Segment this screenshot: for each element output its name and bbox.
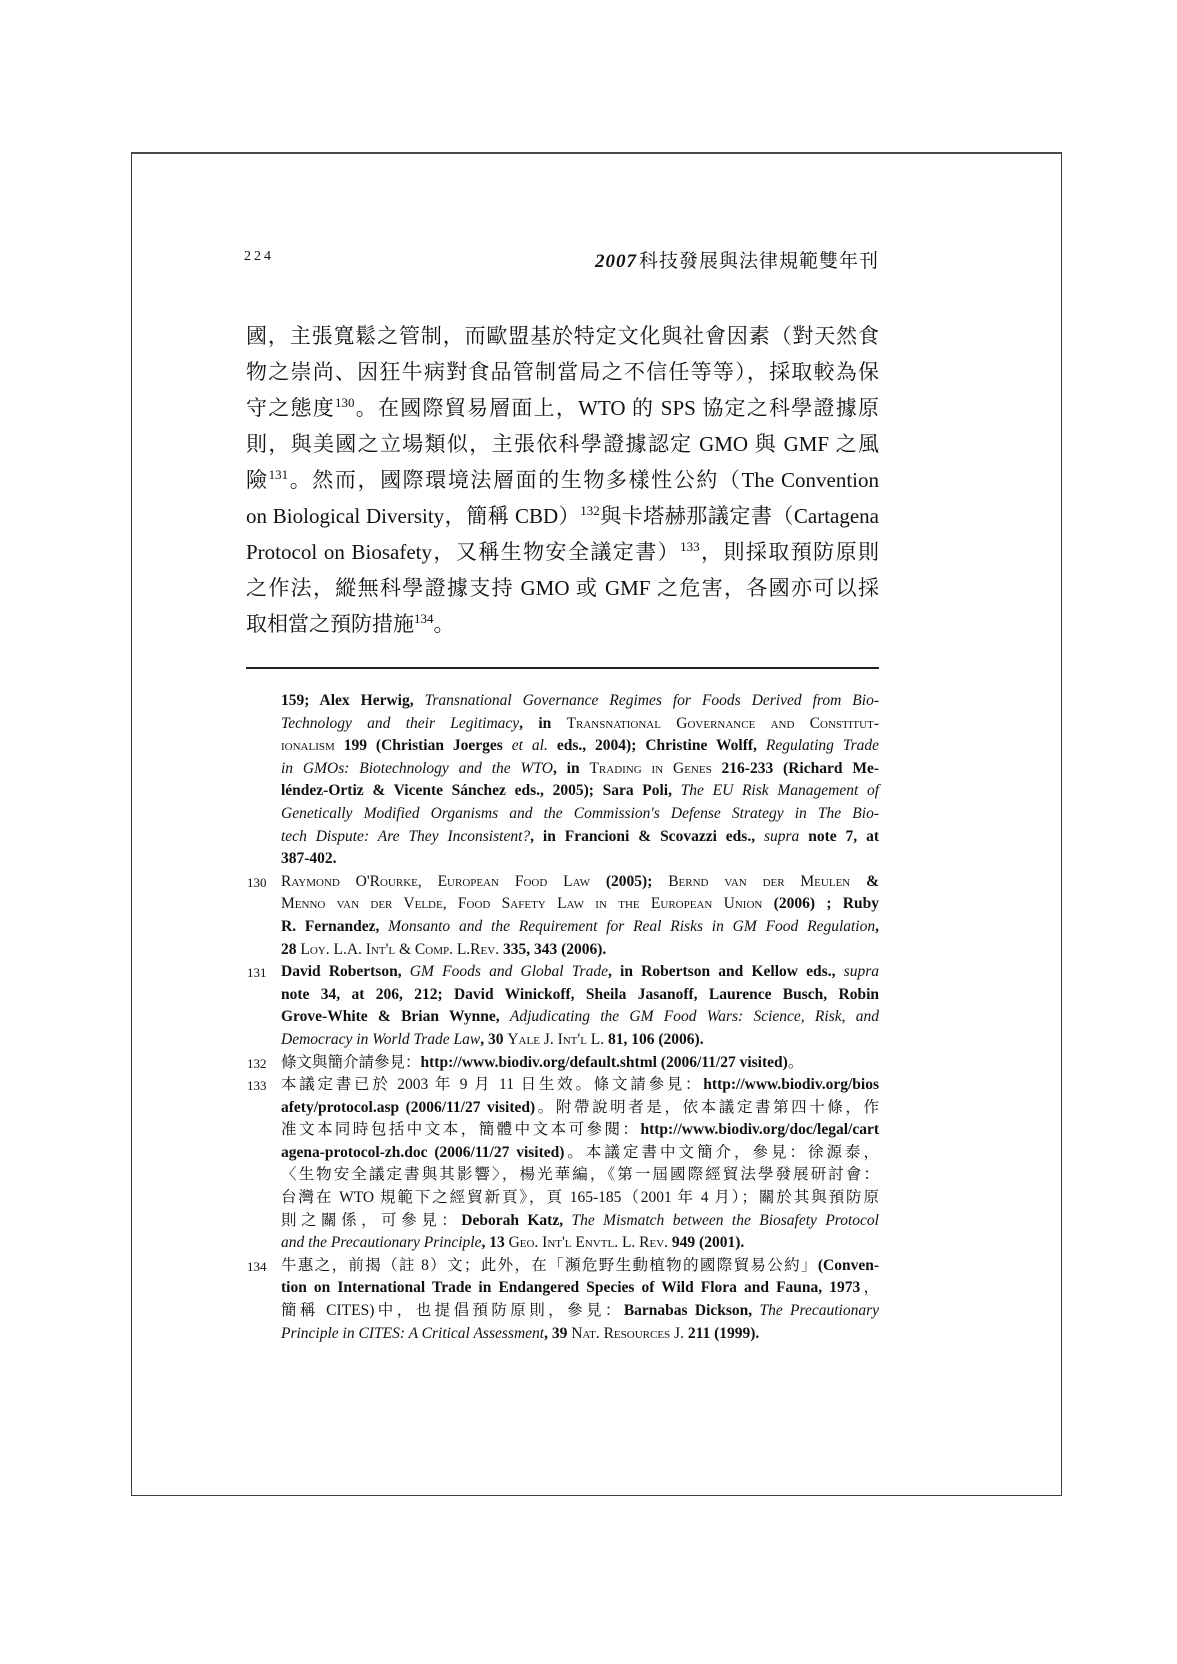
text-segment: 之作法，縱無科學證據支持 GMO 或 GMF 之危害，各國亦可以採 [246, 576, 879, 600]
text-segment: 949 (2001). [668, 1234, 744, 1251]
text-segment: 守之態度 [246, 396, 335, 420]
text-segment: Geo. Int'l Envtl. L. Rev. [509, 1234, 668, 1251]
text-segment: http://www.biodiv.org/default.shtml (200… [421, 1054, 788, 1071]
text-segment: ，則採取預防原則 [700, 540, 879, 564]
text-segment: Transnational Governance and Constitut- [567, 715, 879, 732]
text-segment: , in [553, 760, 590, 777]
text-line: 取相當之預防措施134。 [246, 606, 879, 642]
text-segment: & [850, 873, 879, 890]
text-line: 守之態度130。在國際貿易層面上，WTO 的 SPS 協定之科學證據原 [246, 390, 879, 426]
text-segment: Transnational Governance Regimes for Foo… [425, 692, 879, 709]
text-line: and the Precautionary Principle, 13 Geo.… [281, 1232, 879, 1255]
text-line: 則，與美國之立場類似，主張依科學證據認定 GMO 與 GMF 之風 [246, 426, 879, 462]
text-line: Technology and their Legitimacy, in Tran… [281, 713, 879, 736]
text-segment: Barnabas Dickson, [624, 1302, 760, 1319]
text-segment: The Precautionary [759, 1302, 879, 1319]
text-segment: Grove-White & Brian Wynne, [281, 1008, 510, 1025]
text-segment: 216-233 (Richard Me- [712, 760, 879, 777]
footnote: 132條文與簡介請參見：http://www.biodiv.org/defaul… [247, 1052, 879, 1075]
footnote: 131David Robertson, GM Foods and Global … [247, 961, 879, 1051]
text-segment: note 34, at 206, 212; David Winickoff, S… [281, 986, 879, 1003]
footnote: 130Raymond O'Rourke, European Food Law (… [247, 871, 879, 961]
footnote-number: 131 [247, 962, 267, 985]
text-line: 准文本同時包括中文本，簡體中文本可參閱：http://www.biodiv.or… [281, 1119, 879, 1142]
footnote-text: Raymond O'Rourke, European Food Law (200… [281, 871, 879, 961]
text-segment: 本議定書已於 2003 年 9 月 11 日生效。條文請參見： [281, 1076, 703, 1093]
text-segment: on Biological Diversity，簡稱 CBD） [246, 504, 580, 528]
text-segment: tech Dispute: Are They Inconsistent? [281, 828, 530, 845]
text-segment: , in Robertson and Kellow eds., [608, 963, 844, 980]
text-line: note 34, at 206, 212; David Winickoff, S… [281, 984, 879, 1007]
text-segment: 。 [788, 1054, 804, 1071]
footnote-number: 133 [247, 1075, 267, 1098]
footnote-text: David Robertson, GM Foods and Global Tra… [281, 961, 879, 1051]
text-segment: note 7, at [799, 828, 879, 845]
text-segment: Loy. L.A. Int'l & Comp. L.Rev. [300, 941, 499, 958]
text-segment: 取相當之預防措施 [246, 612, 414, 636]
footnote: 133本議定書已於 2003 年 9 月 11 日生效。條文請參見：http:/… [247, 1074, 879, 1255]
text-segment: , [875, 918, 879, 935]
text-segment: 199 (Christian Joerges [335, 737, 512, 754]
journal-header: 2007科技發展與法律規範雙年刊 [595, 246, 879, 273]
text-line: Menno van der Velde, Food Safety Law in … [281, 893, 879, 916]
text-line: 牛惠之，前揭（註 8）文；此外，在「瀕危野生動植物的國際貿易公約」(Conven… [281, 1255, 879, 1278]
text-segment: Menno van der Velde, Food Safety Law in … [281, 895, 762, 912]
text-line: 險131。然而，國際環境法層面的生物多樣性公約（The Convention [246, 462, 879, 498]
text-line: R. Fernandez, Monsanto and the Requireme… [281, 916, 879, 939]
footnote-reference: 132 [580, 503, 600, 518]
footnote-reference: 133 [680, 539, 700, 554]
footnote-reference: 130 [335, 395, 355, 410]
text-line: 28 Loy. L.A. Int'l & Comp. L.Rev. 335, 3… [281, 939, 879, 962]
text-segment: (2005); [590, 873, 668, 890]
footnotes-section: 159; Alex Herwig, Transnational Governan… [247, 690, 879, 1345]
footnote-number: 134 [247, 1256, 267, 1279]
text-segment: , 30 [480, 1031, 507, 1048]
text-segment: 。在國際貿易層面上，WTO 的 SPS 協定之科學證據原 [355, 396, 880, 420]
text-segment: supra [844, 963, 879, 980]
page-frame: 224 2007科技發展與法律規範雙年刊 國，主張寬鬆之管制，而歐盟基於特定文化… [131, 152, 1062, 1496]
text-line: Raymond O'Rourke, European Food Law (200… [281, 871, 879, 894]
text-segment: , in Francioni & Scovazzi eds., [530, 828, 764, 845]
text-segment: R. Fernandez, [281, 918, 388, 935]
footnote-text: 159; Alex Herwig, Transnational Governan… [281, 690, 879, 871]
text-line: Grove-White & Brian Wynne, Adjudicating … [281, 1006, 879, 1029]
footnote-text: 牛惠之，前揭（註 8）文；此外，在「瀕危野生動植物的國際貿易公約」(Conven… [281, 1255, 879, 1345]
text-line: tech Dispute: Are They Inconsistent?, in… [281, 826, 879, 849]
text-line: afety/protocol.asp (2006/11/27 visited)。… [281, 1097, 879, 1120]
text-segment: The Mismatch between the Biosafety Proto… [572, 1212, 879, 1229]
text-segment: 則，與美國之立場類似，主張依科學證據認定 GMO 與 GMF 之風 [246, 432, 879, 456]
text-segment: Raymond O'Rourke, European Food Law [281, 873, 590, 890]
text-segment: 159; Alex Herwig, [281, 692, 425, 709]
footnote-number: 130 [247, 872, 267, 895]
footnote-text: 本議定書已於 2003 年 9 月 11 日生效。條文請參見：http://ww… [281, 1074, 879, 1255]
text-line: Protocol on Biosafety，又稱生物安全議定書）133，則採取預… [246, 534, 879, 570]
footnote-reference: 131 [269, 467, 289, 482]
text-line: tion on International Trade in Endangere… [281, 1277, 879, 1300]
text-segment: 28 [281, 941, 300, 958]
text-segment: Bernd van der Meulen [668, 873, 850, 890]
text-segment: The EU Risk Management of [681, 782, 879, 799]
text-line: 簡稱 CITES)中，也提倡預防原則，參見：Barnabas Dickson, … [281, 1300, 879, 1323]
text-segment: afety/protocol.asp (2006/11/27 visited) [281, 1099, 535, 1116]
text-line: 國，主張寬鬆之管制，而歐盟基於特定文化與社會因素（對天然食 [246, 318, 879, 354]
text-line: 387-402. [281, 848, 879, 871]
text-segment: , 39 [544, 1325, 571, 1342]
text-segment: 牛惠之，前揭（註 8）文；此外，在「瀕危野生動植物的國際貿易公約」 [281, 1257, 818, 1274]
text-segment: 與卡塔赫那議定書（Cartagena [600, 504, 879, 528]
page-number: 224 [244, 249, 274, 265]
text-segment: , 13 [481, 1234, 508, 1251]
body-paragraph: 國，主張寬鬆之管制，而歐盟基於特定文化與社會因素（對天然食物之崇尚、因狂牛病對食… [246, 318, 879, 642]
text-segment: (2006) ; Ruby [762, 895, 879, 912]
footnote-number: 132 [247, 1053, 267, 1076]
text-segment: 。本議定書中文簡介，參見：徐源泰， [564, 1144, 879, 1161]
text-segment: eds., 2004); Christine Wolff, [548, 737, 766, 754]
footnote: 134牛惠之，前揭（註 8）文；此外，在「瀕危野生動植物的國際貿易公約」(Con… [247, 1255, 879, 1345]
text-segment: agena-protocol-zh.doc (2006/11/27 visite… [281, 1144, 564, 1161]
text-segment: 條文與簡介請參見： [281, 1054, 421, 1071]
text-segment: Adjudicating the GM Food Wars: Science, … [510, 1008, 879, 1025]
text-line: agena-protocol-zh.doc (2006/11/27 visite… [281, 1142, 879, 1165]
text-line: Principle in CITES: A Critical Assessmen… [281, 1323, 879, 1346]
text-line: 159; Alex Herwig, Transnational Governan… [281, 690, 879, 713]
text-segment: 211 (1999). [684, 1325, 759, 1342]
journal-header-title: 科技發展與法律規範雙年刊 [639, 251, 879, 272]
text-segment: 物之崇尚、因狂牛病對食品管制當局之不信任等等），採取較為保 [246, 360, 879, 384]
text-line: David Robertson, GM Foods and Global Tra… [281, 961, 879, 984]
text-line: on Biological Diversity，簡稱 CBD）132與卡塔赫那議… [246, 498, 879, 534]
text-segment: Genetically Modified Organisms and the C… [281, 805, 879, 822]
text-line: 條文與簡介請參見：http://www.biodiv.org/default.s… [281, 1052, 879, 1075]
text-line: 物之崇尚、因狂牛病對食品管制當局之不信任等等），採取較為保 [246, 354, 879, 390]
text-segment: 險 [246, 468, 269, 492]
text-segment: http://www.biodiv.org/doc/legal/cart [640, 1121, 879, 1138]
text-segment: 。 [434, 612, 455, 636]
text-segment: http://www.biodiv.org/bios [703, 1076, 879, 1093]
text-line: 本議定書已於 2003 年 9 月 11 日生效。條文請參見：http://ww… [281, 1074, 879, 1097]
text-segment: Principle in CITES: A Critical Assessmen… [281, 1325, 544, 1342]
text-segment: in GMOs: Biotechnology and the WTO [281, 760, 553, 777]
text-segment: 387-402. [281, 850, 337, 867]
text-segment: Yale J. Int'l L. [507, 1031, 604, 1048]
text-line: Genetically Modified Organisms and the C… [281, 803, 879, 826]
document-page: 224 2007科技發展與法律規範雙年刊 國，主張寬鬆之管制，而歐盟基於特定文化… [0, 0, 1177, 1664]
text-segment: Democracy in World Trade Law [281, 1031, 480, 1048]
text-segment: Regulating Trade [766, 737, 879, 754]
text-segment: and the Precautionary Principle [281, 1234, 481, 1251]
text-segment: 〈生物安全議定書與其影響〉，楊光華編，《第一屆國際經貿法學發展研討會： [281, 1166, 879, 1183]
text-segment: Technology and their Legitimacy [281, 715, 519, 732]
text-segment: 335, 343 (2006). [499, 941, 606, 958]
text-segment: 准文本同時包括中文本，簡體中文本可參閱： [281, 1121, 640, 1138]
text-line: 台灣在 WTO 規範下之經貿新頁》，頁 165-185（2001 年 4 月）；… [281, 1187, 879, 1210]
footnote: 159; Alex Herwig, Transnational Governan… [247, 690, 879, 871]
text-segment: 81, 106 (2006). [604, 1031, 703, 1048]
text-line: léndez-Ortiz & Vicente Sánchez eds., 200… [281, 780, 879, 803]
text-segment: Monsanto and the Requirement for Real Ri… [388, 918, 875, 935]
text-segment: supra [764, 828, 799, 845]
text-segment: 。附帶說明者是，依本議定書第四十條，作 [535, 1099, 879, 1116]
text-line: 〈生物安全議定書與其影響〉，楊光華編，《第一屆國際經貿法學發展研討會： [281, 1164, 879, 1187]
text-line: ionalism 199 (Christian Joerges et al. e… [281, 735, 879, 758]
text-segment: 國，主張寬鬆之管制，而歐盟基於特定文化與社會因素（對天然食 [246, 324, 879, 348]
text-segment: ionalism [281, 737, 335, 754]
text-segment: léndez-Ortiz & Vicente Sánchez eds., 200… [281, 782, 681, 799]
text-segment: Nat. Resources J. [571, 1325, 684, 1342]
text-segment: 則之關係，可參見： [281, 1212, 461, 1229]
text-segment: tion on International Trade in Endangere… [281, 1279, 860, 1296]
text-segment: Protocol on Biosafety，又稱生物安全議定書） [246, 540, 680, 564]
text-line: Democracy in World Trade Law, 30 Yale J.… [281, 1029, 879, 1052]
footnote-separator [246, 667, 879, 669]
text-segment: et al. [512, 737, 548, 754]
text-line: in GMOs: Biotechnology and the WTO, in T… [281, 758, 879, 781]
text-segment: 簡稱 CITES)中，也提倡預防原則，參見： [281, 1302, 624, 1319]
text-segment: Deborah Katz, [461, 1212, 571, 1229]
text-line: 之作法，縱無科學證據支持 GMO 或 GMF 之危害，各國亦可以採 [246, 570, 879, 606]
text-segment: 。然而，國際環境法層面的生物多樣性公約（The Convention [288, 468, 879, 492]
footnote-text: 條文與簡介請參見：http://www.biodiv.org/default.s… [281, 1052, 879, 1075]
footnote-reference: 134 [414, 611, 434, 626]
text-segment: ， [860, 1279, 879, 1296]
text-segment: David Robertson, [281, 963, 410, 980]
journal-header-year: 2007 [595, 251, 637, 272]
text-segment: 台灣在 WTO 規範下之經貿新頁》，頁 165-185（2001 年 4 月）；… [281, 1189, 879, 1206]
text-segment: Trading in Genes [589, 760, 711, 777]
text-segment: (Conven- [818, 1257, 879, 1274]
text-segment: GM Foods and Global Trade [410, 963, 608, 980]
text-segment: , in [519, 715, 566, 732]
text-line: 則之關係，可參見：Deborah Katz, The Mismatch betw… [281, 1210, 879, 1233]
